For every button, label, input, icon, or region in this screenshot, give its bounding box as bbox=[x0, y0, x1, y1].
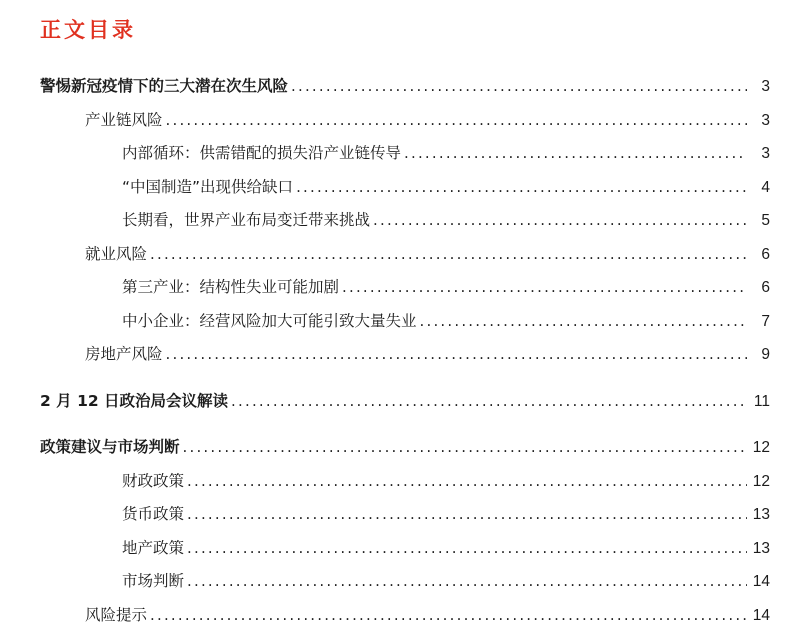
toc-entry-page: 13 bbox=[748, 532, 770, 566]
toc-entry-label: 地产政策 bbox=[122, 532, 184, 566]
toc-entry-label: 2 月 12 日政治局会议解读 bbox=[40, 385, 228, 419]
toc-entry-label: 财政政策 bbox=[122, 465, 184, 499]
toc-entry-label: 长期看，世界产业布局变迁带来挑战 bbox=[122, 204, 370, 238]
toc-title: 正文目录 bbox=[40, 16, 770, 44]
toc-entry[interactable]: 长期看，世界产业布局变迁带来挑战5 bbox=[40, 204, 770, 238]
toc-entry[interactable]: “中国制造”出现供给缺口4 bbox=[40, 171, 770, 205]
toc-entry-label: 政策建议与市场判断 bbox=[40, 431, 180, 465]
toc-entry[interactable]: 产业链风险3 bbox=[40, 104, 770, 138]
toc-entry-page: 3 bbox=[748, 104, 770, 138]
toc-leader-dots bbox=[150, 238, 747, 272]
toc-leader-dots bbox=[187, 565, 747, 599]
toc-entry-label: 警惕新冠疫情下的三大潜在次生风险 bbox=[40, 70, 288, 104]
toc-list: 警惕新冠疫情下的三大潜在次生风险3产业链风险3内部循环：供需错配的损失沿产业链传… bbox=[40, 70, 770, 632]
toc-entry[interactable]: 市场判断14 bbox=[40, 565, 770, 599]
toc-entry-label: 就业风险 bbox=[85, 238, 147, 272]
toc-entry-page: 6 bbox=[748, 271, 770, 305]
toc-entry[interactable]: 货币政策13 bbox=[40, 498, 770, 532]
toc-leader-dots bbox=[187, 465, 747, 499]
toc-leader-dots bbox=[404, 137, 747, 171]
toc-entry[interactable]: 内部循环：供需错配的损失沿产业链传导3 bbox=[40, 137, 770, 171]
toc-entry-page: 6 bbox=[748, 238, 770, 272]
toc-entry-label: 内部循环：供需错配的损失沿产业链传导 bbox=[122, 137, 401, 171]
toc-entry-label: 中小企业：经营风险加大可能引致大量失业 bbox=[122, 305, 417, 339]
toc-leader-dots bbox=[166, 104, 747, 138]
toc-leader-dots bbox=[373, 204, 747, 238]
toc-entry[interactable]: 财政政策12 bbox=[40, 465, 770, 499]
toc-entry-label: 房地产风险 bbox=[85, 338, 163, 372]
toc-entry-page: 12 bbox=[748, 465, 770, 499]
toc-entry[interactable]: 2 月 12 日政治局会议解读11 bbox=[40, 385, 770, 419]
toc-entry-label: 货币政策 bbox=[122, 498, 184, 532]
toc-entry-page: 3 bbox=[748, 137, 770, 171]
toc-entry[interactable]: 政策建议与市场判断12 bbox=[40, 431, 770, 465]
toc-entry[interactable]: 第三产业：结构性失业可能加剧6 bbox=[40, 271, 770, 305]
toc-entry-label: 市场判断 bbox=[122, 565, 184, 599]
toc-entry[interactable]: 地产政策13 bbox=[40, 532, 770, 566]
toc-entry-page: 14 bbox=[748, 565, 770, 599]
toc-leader-dots bbox=[187, 532, 747, 566]
toc-leader-dots bbox=[420, 305, 747, 339]
toc-entry[interactable]: 警惕新冠疫情下的三大潜在次生风险3 bbox=[40, 70, 770, 104]
toc-entry-page: 4 bbox=[748, 171, 770, 205]
toc-entry[interactable]: 中小企业：经营风险加大可能引致大量失业7 bbox=[40, 305, 770, 339]
toc-entry-label: 第三产业：结构性失业可能加剧 bbox=[122, 271, 339, 305]
toc-entry-page: 7 bbox=[748, 305, 770, 339]
toc-entry-label: 产业链风险 bbox=[85, 104, 163, 138]
toc-leader-dots bbox=[291, 70, 747, 104]
toc-entry-label: 风险提示 bbox=[85, 599, 147, 633]
toc-entry-page: 13 bbox=[748, 498, 770, 532]
toc-entry-label: “中国制造”出现供给缺口 bbox=[122, 171, 293, 205]
toc-entry-page: 11 bbox=[748, 385, 770, 419]
toc-leader-dots bbox=[187, 498, 747, 532]
toc-entry-page: 14 bbox=[748, 599, 770, 633]
toc-leader-dots bbox=[183, 431, 747, 465]
toc-leader-dots bbox=[342, 271, 747, 305]
toc-leader-dots bbox=[150, 599, 747, 633]
toc-leader-dots bbox=[296, 171, 747, 205]
toc-entry-page: 5 bbox=[748, 204, 770, 238]
toc-entry-page: 9 bbox=[748, 338, 770, 372]
toc-leader-dots bbox=[166, 338, 747, 372]
toc-entry-page: 3 bbox=[748, 70, 770, 104]
toc-entry-page: 12 bbox=[748, 431, 770, 465]
toc-entry[interactable]: 风险提示14 bbox=[40, 599, 770, 633]
document-page: 正文目录 警惕新冠疫情下的三大潜在次生风险3产业链风险3内部循环：供需错配的损失… bbox=[0, 0, 793, 642]
toc-entry[interactable]: 房地产风险9 bbox=[40, 338, 770, 372]
toc-entry[interactable]: 就业风险6 bbox=[40, 238, 770, 272]
toc-leader-dots bbox=[231, 385, 747, 419]
